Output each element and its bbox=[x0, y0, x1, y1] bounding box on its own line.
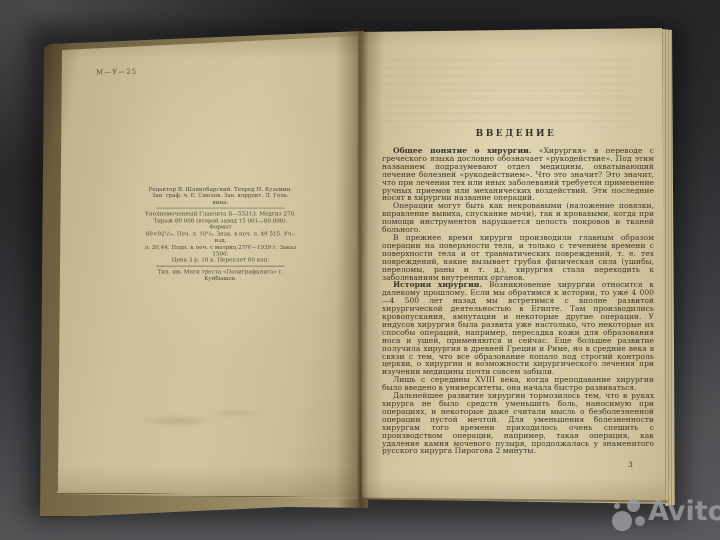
library-stamp: М—У—25 bbox=[96, 68, 137, 77]
imprint-divider bbox=[156, 266, 285, 267]
pencil-smudge bbox=[118, 404, 268, 434]
imprint-divider bbox=[156, 208, 285, 209]
imprint-line: Тираж 80 000 (второй завод 15 001—80 000… bbox=[142, 217, 299, 230]
imprint-line: Зав. граф. ч. Е. Смелов. Зав. коррект. Л… bbox=[142, 193, 299, 200]
body-text: Общее понятие о хирургии. «Хирургия» в п… bbox=[382, 147, 654, 455]
right-page: ВВЕДЕНИЕ Общее понятие о хирургии. «Хиру… bbox=[360, 28, 666, 506]
body-paragraph: Общее понятие о хирургии. «Хирургия» в п… bbox=[382, 147, 654, 202]
imprint-line: Уполномоченный Главлита Б—55313. Медгиз … bbox=[142, 211, 299, 218]
imprint-block: Редактор В. Шлянобарский. Техред Н. Кузь… bbox=[142, 186, 299, 282]
book-photo: М—У—25 Редактор В. Шлянобарский. Техред … bbox=[0, 0, 720, 540]
body-paragraph: В прежнее время хирурги производили глав… bbox=[382, 234, 654, 281]
avito-logo-icon bbox=[612, 511, 632, 531]
body-paragraph: Лишь с середины XVIII века, когда препод… bbox=[382, 376, 654, 392]
chapter-heading: ВВЕДЕНИЕ bbox=[380, 129, 652, 139]
avito-watermark-text: Avito bbox=[648, 496, 720, 527]
imprint-print-data: Уполномоченный Главлита Б—55313. Медгиз … bbox=[142, 211, 299, 264]
body-paragraph: Дальнейшее развитие хирургии тормозилось… bbox=[382, 392, 654, 455]
avito-logo-icon bbox=[627, 499, 640, 512]
imprint-editors: Редактор В. Шлянобарский. Техред Н. Кузь… bbox=[142, 186, 299, 206]
imprint-line: л. 20,44. Подп. к печ. с матриц 27/V—193… bbox=[142, 244, 299, 257]
imprint-line: 60×92¹/₁₆. Печ. л. 10¹/₄. Знак. в печ. л… bbox=[142, 231, 299, 244]
body-paragraph: Операции могут быть как некровавыми (нал… bbox=[382, 202, 654, 234]
page-number: 3 bbox=[628, 460, 633, 469]
imprint-printer: Тип. им. Мяги треста «Полиграфкнига» г. … bbox=[142, 268, 299, 281]
show-through-texture bbox=[384, 60, 636, 128]
avito-logo-icon bbox=[614, 503, 620, 509]
avito-logo-icon bbox=[635, 516, 645, 526]
left-page: М—У—25 Редактор В. Шлянобарский. Техред … bbox=[58, 36, 358, 498]
imprint-line: Цена 3 р. 10 к. Переплет 60 коп. bbox=[142, 257, 299, 264]
body-paragraph: История хирургии. Возникновение хирургии… bbox=[382, 281, 654, 376]
avito-watermark: Avito bbox=[606, 494, 716, 536]
imprint-line: вина. bbox=[142, 199, 299, 206]
